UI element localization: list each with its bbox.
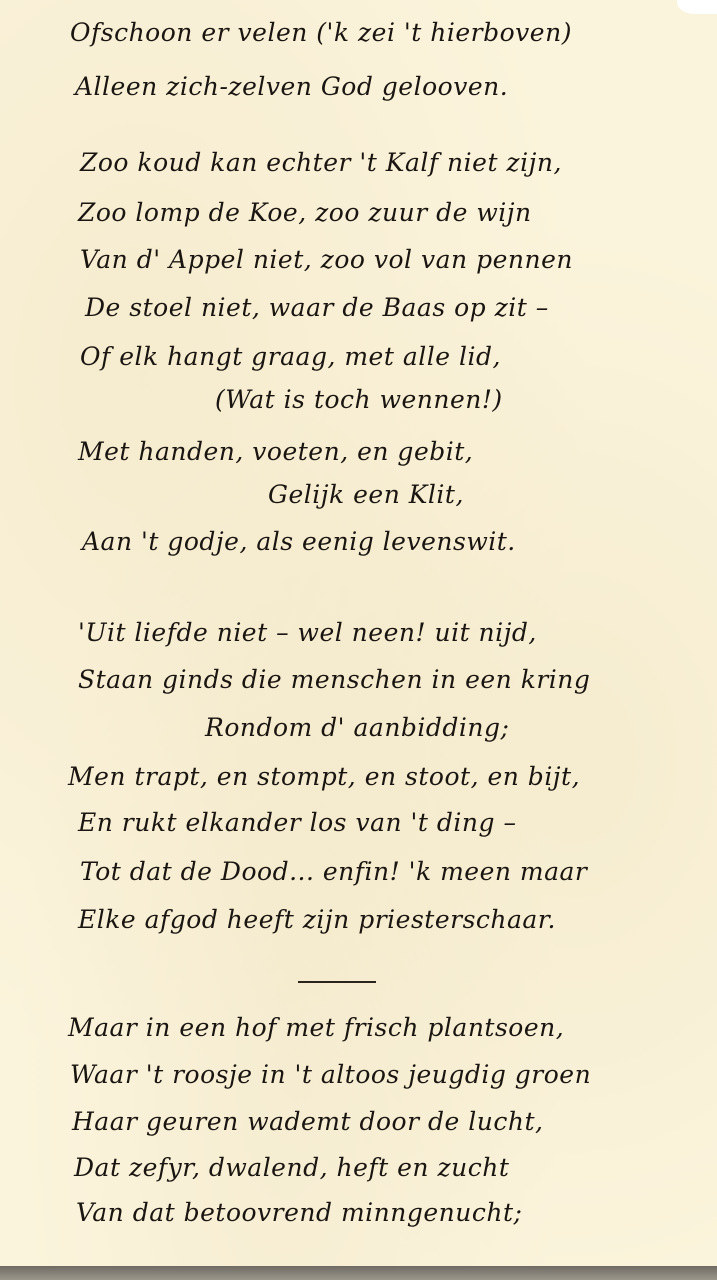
poem-line: De stoel niet, waar de Baas op zit – [85, 293, 549, 322]
page-edge-shadow [0, 1266, 717, 1280]
poem-line: Van dat betoovrend minngenucht; [76, 1198, 522, 1227]
poem-line: Zoo koud kan echter 't Kalf niet zijn, [80, 148, 562, 177]
stanza-separator [298, 981, 376, 983]
poem-line: Gelijk een Klit, [268, 480, 464, 509]
poem-line: Met handen, voeten, en gebit, [78, 437, 473, 466]
poem-line: (Wat is toch wennen!) [215, 385, 503, 414]
poem-line: Ofschoon er velen ('k zei 't hierboven) [70, 18, 572, 47]
poem-line: Tot dat de Dood... enfin! 'k meen maar [80, 857, 587, 886]
poem-line: Rondom d' aanbidding; [205, 713, 509, 742]
poem-line: Staan ginds die menschen in een kring [78, 665, 590, 694]
poem-line: Men trapt, en stompt, en stoot, en bijt, [68, 762, 580, 791]
poem-line: Haar geuren wademt door de lucht, [72, 1107, 543, 1136]
manuscript-page: Ofschoon er velen ('k zei 't hierboven) … [0, 0, 717, 1266]
poem-line: 'Uit liefde niet – wel neen! uit nijd, [78, 618, 537, 647]
poem-line: Zoo lomp de Koe, zoo zuur de wijn [78, 198, 532, 227]
torn-corner [677, 0, 717, 14]
poem-line: Elke afgod heeft zijn priesterschaar. [78, 905, 556, 934]
poem-line: Van d' Appel niet, zoo vol van pennen [80, 245, 573, 274]
poem-line: Alleen zich-zelven God gelooven. [75, 72, 508, 101]
poem-line: En rukt elkander los van 't ding – [78, 808, 516, 837]
poem-line: Waar 't roosje in 't altoos jeugdig groe… [70, 1060, 591, 1089]
poem-line: Dat zefyr, dwalend, heft en zucht [74, 1153, 509, 1182]
poem-line: Of elk hangt graag, met alle lid, [80, 342, 501, 371]
poem-line: Aan 't godje, als eenig levenswit. [82, 527, 516, 556]
poem-line: Maar in een hof met frisch plantsoen, [68, 1013, 564, 1042]
